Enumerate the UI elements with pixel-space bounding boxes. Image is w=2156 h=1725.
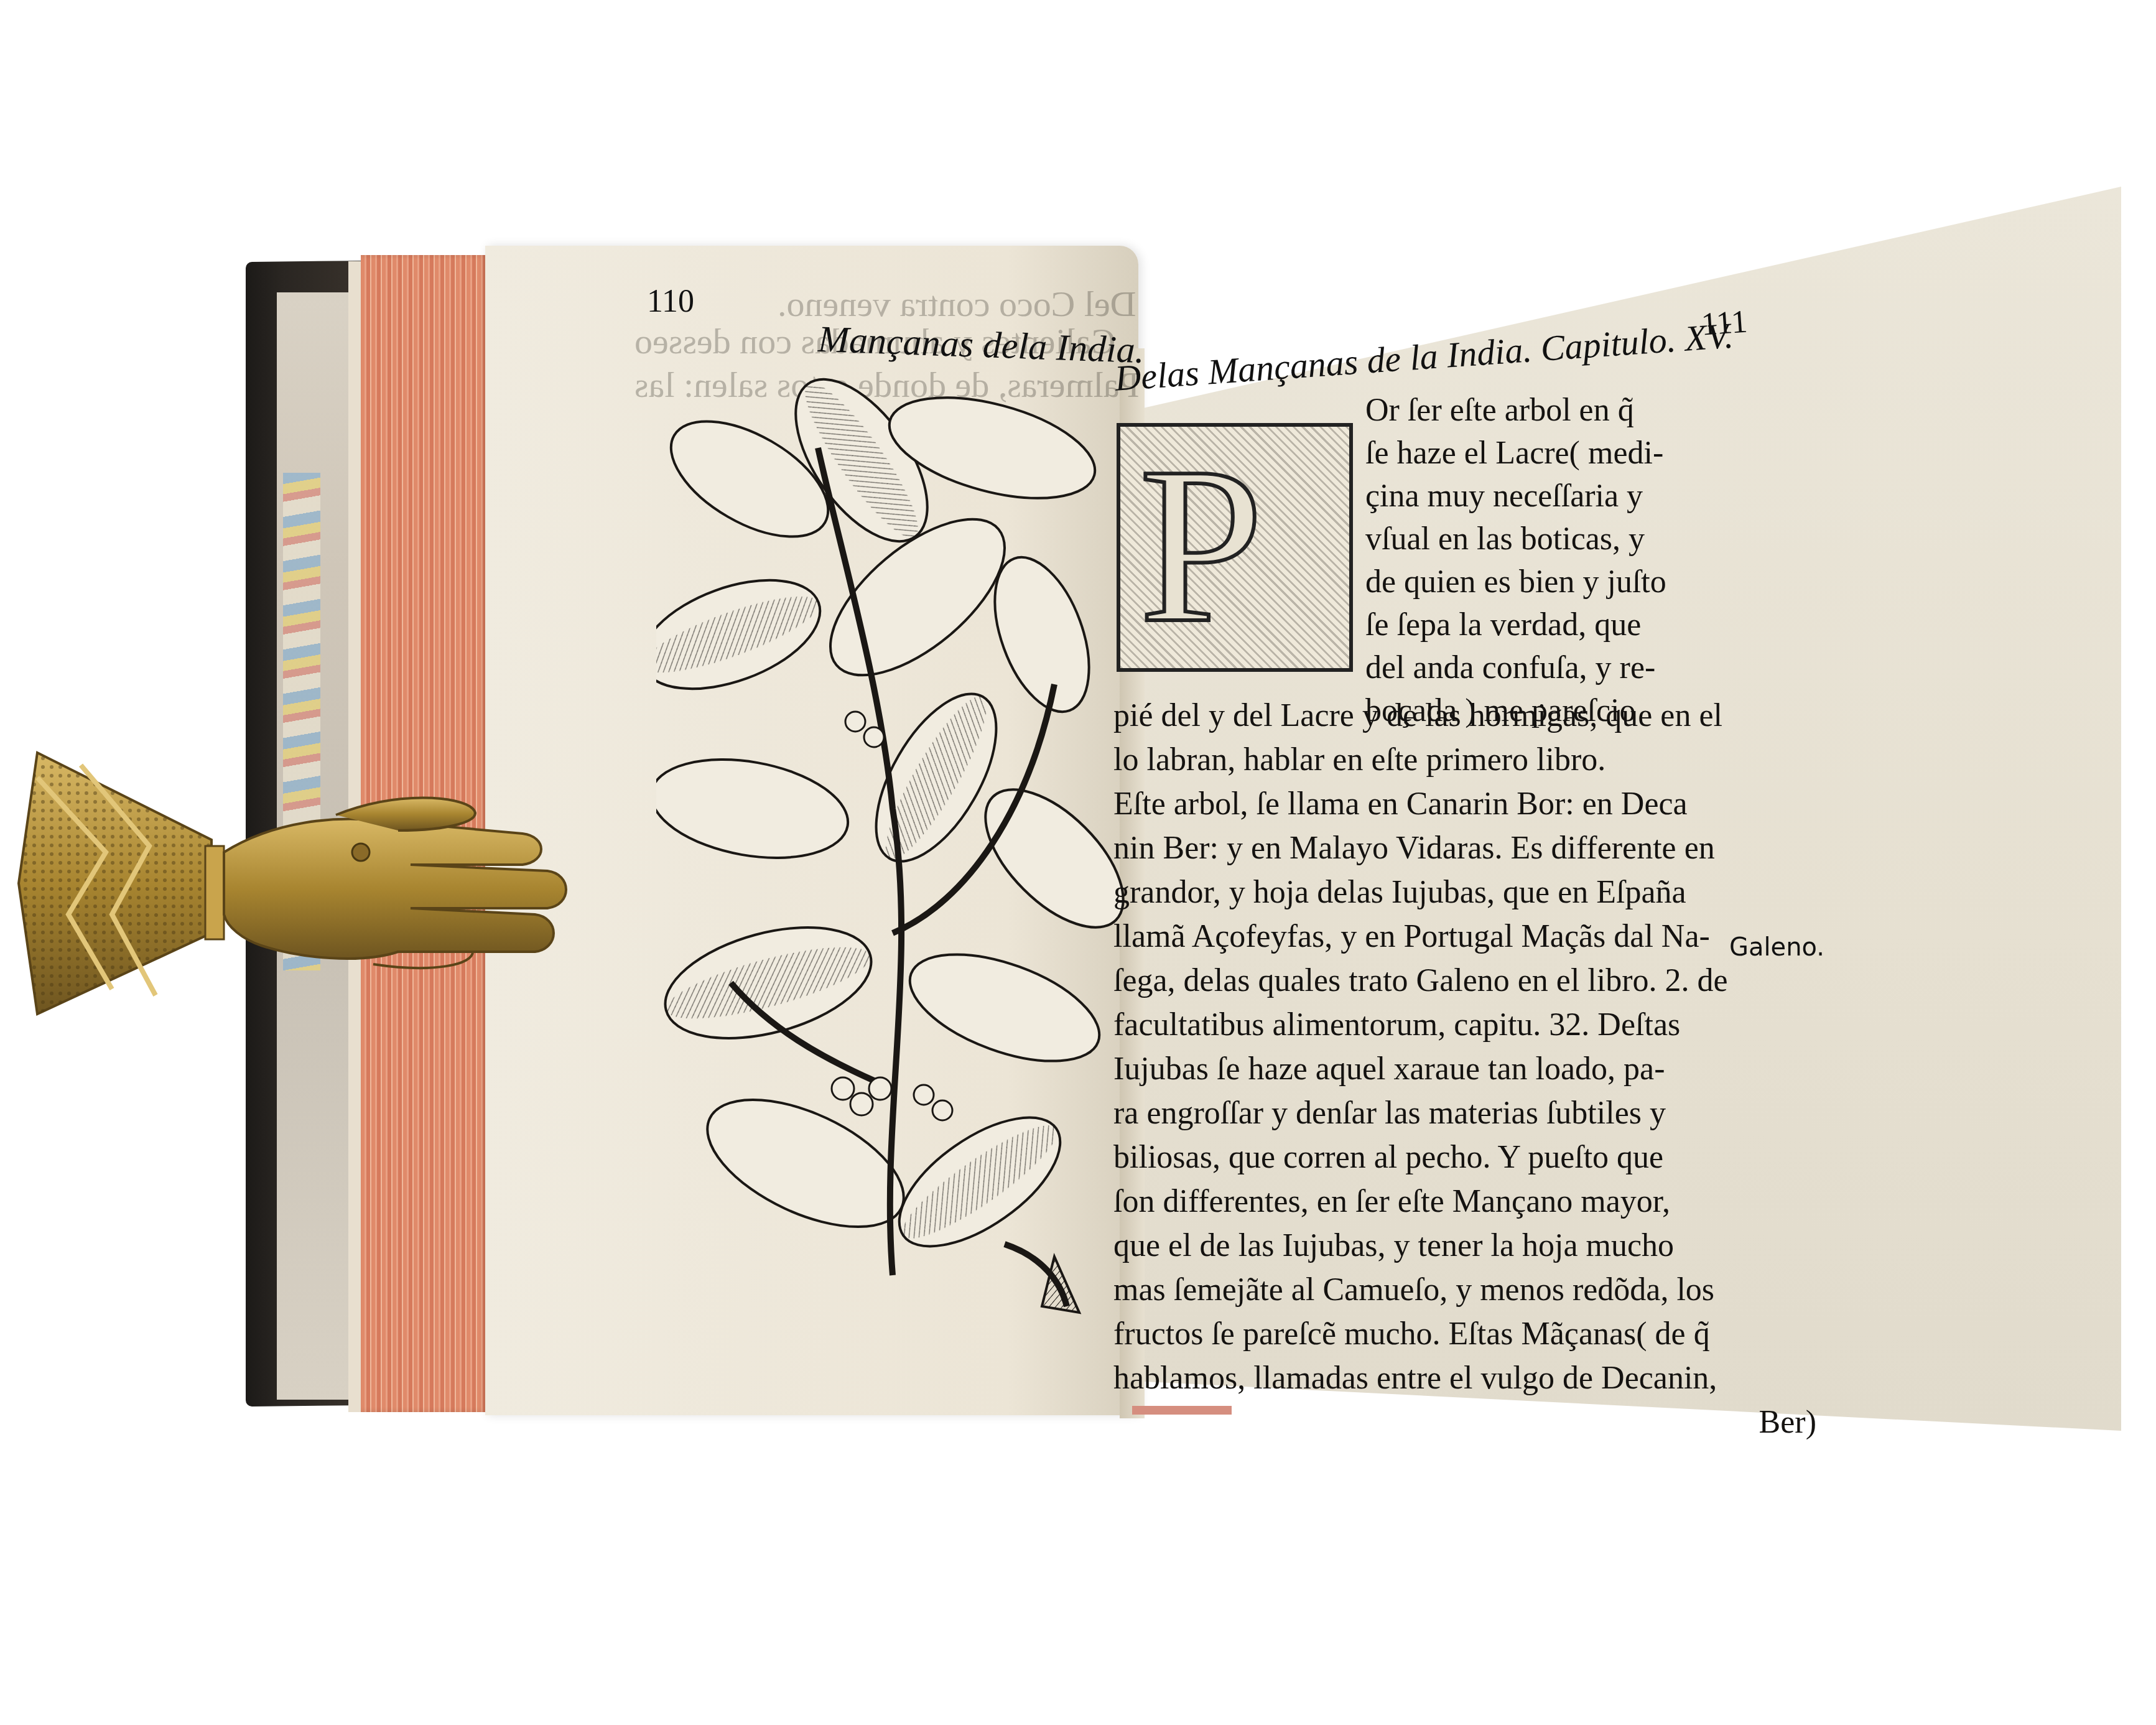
- text-line: nin Ber: y en Malayo Vidaras. Es differe…: [1113, 826, 1816, 870]
- text-line: ſega, delas quales trato Galeno en el li…: [1113, 959, 1816, 1003]
- ornamental-drop-cap: P: [1117, 423, 1353, 672]
- marginal-note: Galeno.: [1729, 933, 1824, 962]
- text-line: del anda confuſa, y re-: [1365, 646, 1813, 689]
- text-line: ſe ſepa la verdad, que: [1365, 603, 1813, 646]
- catchword: Ber): [1113, 1400, 1816, 1444]
- text-line: ſe haze el Lacre( medi-: [1365, 432, 1813, 475]
- text-line: ſon differentes, en ſer eſte Mançano may…: [1113, 1179, 1816, 1224]
- text-line: ra engroſſar y denſar las materias ſubti…: [1113, 1091, 1816, 1135]
- text-line: llamã Açofeyfas, y en Portugal Maçãs dal…: [1113, 914, 1816, 959]
- text-line: pié del y del Lacre y de las hormigas, q…: [1113, 694, 1816, 738]
- text-line: Iujubas ſe haze aquel xaraue tan loado, …: [1113, 1047, 1816, 1091]
- brass-hand-clip-icon: [12, 728, 572, 1026]
- text-line: hablamos, llamadas entre el vulgo de Dec…: [1113, 1356, 1816, 1400]
- body-text-beside-cap: Or ſer eſte arbol en q̃ ſe haze el Lacre…: [1365, 389, 1813, 732]
- woodcut-cashew-tree-illustration: [656, 373, 1129, 1325]
- text-line: vſual en las boticas, y: [1365, 518, 1813, 560]
- text-line: Eſte arbol, ſe llama en Canarin Bor: en …: [1113, 782, 1816, 826]
- text-line: que el de las Iujubas, y tener la hoja m…: [1113, 1224, 1816, 1268]
- text-line: çina muy neceſſaria y: [1365, 475, 1813, 518]
- text-line: fructos ſe pareſcẽ mucho. Eſtas Mãçanas(…: [1113, 1312, 1816, 1356]
- drop-cap-letter: P: [1139, 433, 1263, 657]
- text-line: biliosas, que corren al pecho. Y pueſto …: [1113, 1135, 1816, 1179]
- book-photo: Del Coco contra veneno. Calientes y ahum…: [0, 0, 2156, 1725]
- body-text-full-width: pié del y del Lacre y de las hormigas, q…: [1113, 694, 1816, 1444]
- text-line: lo labran, hablar en eſte primero libro.: [1113, 738, 1816, 782]
- text-line: grandor, y hoja delas Iujubas, que en Eſ…: [1113, 870, 1816, 914]
- left-page-number: 110: [647, 283, 694, 320]
- text-line: facultatibus alimentorum, capitu. 32. De…: [1113, 1003, 1816, 1047]
- text-line: de quien es bien y juſto: [1365, 560, 1813, 603]
- text-line: mas ſemejãte al Camueſo, y menos redõda,…: [1113, 1268, 1816, 1312]
- text-line: Or ſer eſte arbol en q̃: [1365, 389, 1813, 432]
